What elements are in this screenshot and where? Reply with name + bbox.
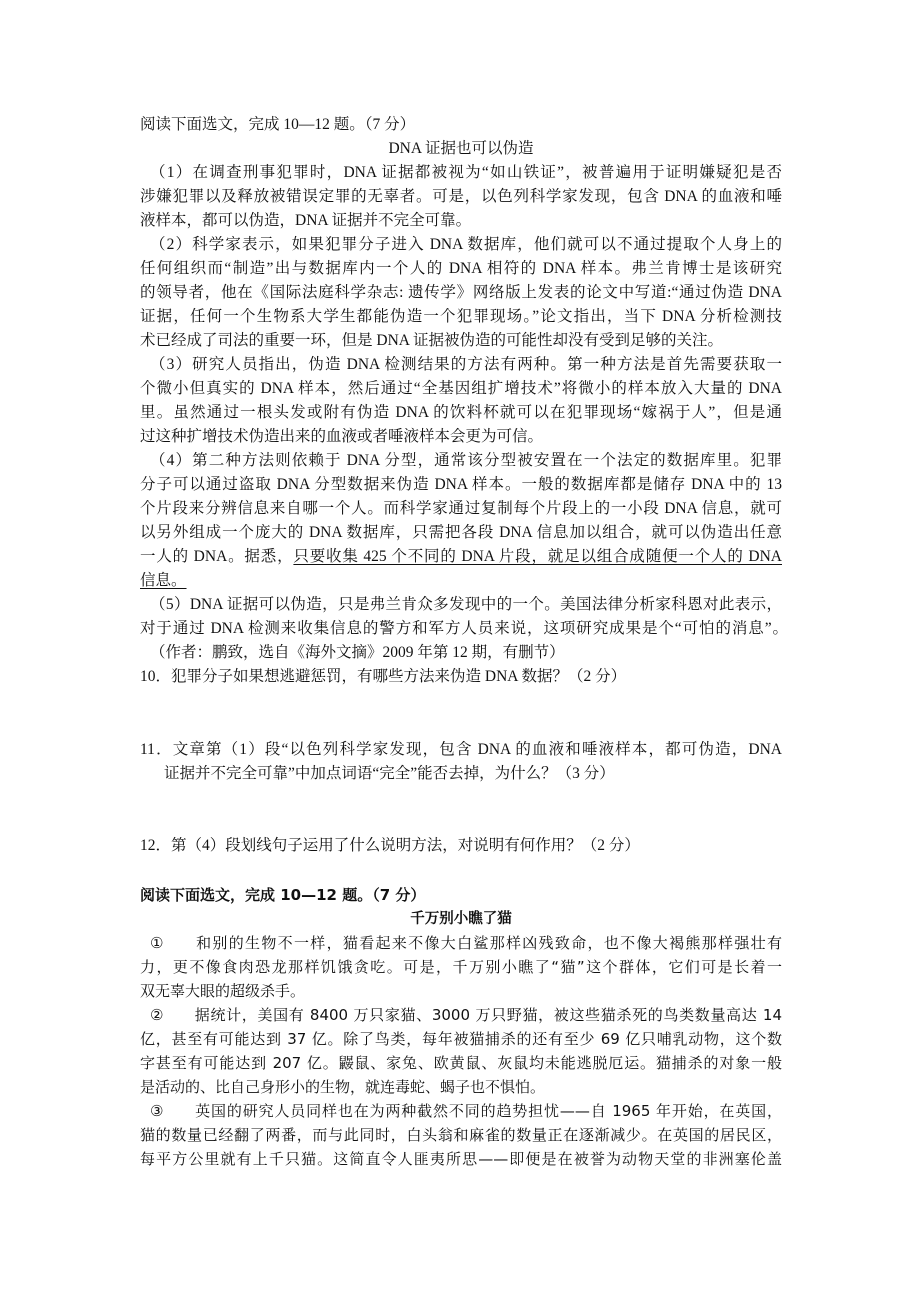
p2-para3-first-line: 英国的研究人员同样也在为两种截然不同的趋势担忧——自 1965 年开始，在英国， — [194, 1102, 782, 1120]
p1-para4-line2: 分子可以通过盗取 DNA 分型数据来伪造 DNA 样本。一般的数据库都是储存 D… — [140, 473, 782, 497]
p2-para2-line3: 字甚至有可能达到 207 亿。鼹鼠、家兔、欧黄鼠、灰鼠均未能逃脱厄运。猫捕杀的对… — [140, 1051, 782, 1075]
p2-para2-line4: 是活动的、比自己身形小的生物，就连毒蛇、蝎子也不惧怕。 — [140, 1075, 782, 1099]
passage1-title: DNA 证据也可以伪造 — [140, 137, 782, 161]
p2-para1-first-line: 和别的生物不一样，猫看起来不像大白鲨那样凶残致命，也不像大褐熊那样强壮有 — [195, 934, 782, 952]
p1-para1-line3: 液样本，都可以伪造，DNA 证据并不完全可靠。 — [140, 209, 782, 233]
passage2-title: 千万别小瞧了猫 — [140, 907, 782, 931]
question-10-text: 犯罪分子如果想逃避惩罚，有哪些方法来伪造 DNA 数据？（2 分） — [171, 668, 626, 685]
document-page: 阅读下面选文，完成 10—12 题。（7 分） DNA 证据也可以伪造 （1）在… — [0, 0, 920, 1302]
paragraph-marker-3: ③ — [150, 1102, 164, 1120]
p1-para4-line3: 个片段来分辨信息来自哪一个人。而科学家通过复制每个片段上的一小段 DNA 信息，… — [140, 497, 782, 521]
p1-para5-line2: 对于通过 DNA 检测来收集信息的警方和军方人员来说，这项研究成果是个“可怕的消… — [140, 617, 788, 641]
p1-para2-line3: 的领导者，他在《国际法庭科学杂志: 遗传学》网络版上发表的论文中写道:“通过伪造… — [140, 281, 782, 305]
p2-para3-line3: 每平方公里就有上千只猫。这简直令人匪夷所思——即便是在被誉为动物天堂的非洲塞伦盖 — [140, 1147, 782, 1171]
p1-para2-line2: 任何组织而“制造”出与数据库内一个人的 DNA 相符的 DNA 样本。弗兰肯博士… — [140, 257, 782, 281]
p2-para3-line2: 猫的数量已经翻了两番，而与此同时，白头翁和麻雀的数量正在逐渐减少。在英国的居民区… — [140, 1123, 782, 1147]
p2-para3-line1: ③英国的研究人员同样也在为两种截然不同的趋势担忧——自 1965 年开始，在英国… — [150, 1099, 782, 1123]
passage2-instruction: 阅读下面选文，完成 10—12 题。（7 分） — [140, 883, 782, 907]
p1-para2-line5: 术已经成了司法的重要一环，但是 DNA 证据被伪造的可能性却没有受到足够的关注。 — [140, 329, 782, 353]
question-10: 10．犯罪分子如果想逃避惩罚，有哪些方法来伪造 DNA 数据？（2 分） — [140, 665, 782, 689]
question-11-text-line1: 文章第（1）段“以色列科学家发现，包含 DNA 的血液和唾液样本，都可伪造，DN… — [173, 741, 782, 758]
p1-para4-line5: 一人的 DNA。据悉，只要收集 425 个不同的 DNA 片段，就足以组合成随便… — [140, 545, 782, 569]
p2-para1-line1: ①和别的生物不一样，猫看起来不像大白鲨那样凶残致命，也不像大褐熊那样强壮有 — [150, 931, 782, 955]
question-10-number: 10． — [140, 668, 171, 685]
p1-para4-line1: （4）第二种方法则依赖于 DNA 分型，通常该分型被安置在一个法定的数据库里。犯… — [150, 449, 782, 473]
p1-para2-line4: 证据，任何一个生物系大学生都能伪造一个犯罪现场。”论文指出，当下 DNA 分析检… — [140, 305, 782, 329]
p1-para4-line6: 信息。 — [140, 569, 782, 593]
underlined-sentence-part1: 只要收集 425 个不同的 DNA 片段，就足以组合成随便一个人的 DNA — [293, 548, 782, 565]
p2-para1-line2: 力，更不像食肉恐龙那样饥饿贪吃。可是，千万别小瞧了“猫”这个群体，它们可是长着一 — [140, 955, 782, 979]
paragraph-marker-2: ② — [150, 1006, 164, 1024]
p1-para3-line2: 个微小但真实的 DNA 样本，然后通过“全基因组扩增技术”将微小的样本放入大量的… — [140, 377, 782, 401]
p1-para3-line4: 过这种扩增技术伪造出来的血液或者唾液样本会更为可信。 — [140, 425, 782, 449]
p1-para5-line1: （5）DNA 证据可以伪造，只是弗兰肯众多发现中的一个。美国法律分析家科恩对此表… — [150, 593, 782, 617]
question-11-line2: 证据并不完全可靠”中加点词语“完全”能否去掉，为什么？（3 分） — [164, 762, 782, 786]
p2-para2-line1: ②据统计，美国有 8400 万只家猫、3000 万只野猫，被这些猫杀死的鸟类数量… — [150, 1003, 782, 1027]
p1-para4-line4: 以另外组成一个庞大的 DNA 数据库，只需把各段 DNA 信息加以组合，就可以伪… — [140, 521, 782, 545]
p1-para4-line5-prefix: 一人的 DNA。据悉， — [140, 548, 293, 565]
p1-para2-line1: （2）科学家表示，如果犯罪分子进入 DNA 数据库，他们就可以不通过提取个人身上… — [150, 233, 782, 257]
question-12-number: 12． — [140, 837, 171, 854]
p1-para1-line2: 涉嫌犯罪以及释放被错误定罪的无辜者。可是，以色列科学家发现，包含 DNA 的血液… — [140, 185, 782, 209]
paragraph-marker-1: ① — [150, 934, 165, 952]
passage1-source: （作者：鹏致，选自《海外文摘》2009 年第 12 期，有删节） — [150, 641, 792, 665]
p1-para1-line1: （1）在调查刑事犯罪时，DNA 证据都被视为“如山铁证”，被普遍用于证明嫌疑犯是… — [150, 161, 782, 185]
underlined-sentence-part2: 信息。 — [140, 572, 187, 589]
question-11-number: 11． — [140, 741, 173, 758]
p1-para3-line3: 里。虽然通过一根头发或附有伪造 DNA 的饮料杯就可以在犯罪现场“嫁祸于人”，但… — [140, 401, 782, 425]
p2-para2-first-line: 据统计，美国有 8400 万只家猫、3000 万只野猫，被这些猫杀死的鸟类数量高… — [194, 1006, 782, 1024]
p2-para1-line3: 双无辜大眼的超级杀手。 — [140, 979, 782, 1003]
p2-para2-line2: 亿，甚至有可能达到 37 亿。除了鸟类，每年被猫捕杀的还有至少 69 亿只哺乳动… — [140, 1027, 782, 1051]
question-11-line1: 11．文章第（1）段“以色列科学家发现，包含 DNA 的血液和唾液样本，都可伪造… — [140, 738, 782, 762]
p1-para3-line1: （3）研究人员指出，伪造 DNA 检测结果的方法有两种。第一种方法是首先需要获取… — [150, 353, 782, 377]
question-12: 12．第（4）段划线句子运用了什么说明方法，对说明有何作用？（2 分） — [140, 834, 782, 858]
question-12-text: 第（4）段划线句子运用了什么说明方法，对说明有何作用？（2 分） — [171, 837, 640, 854]
passage1-instruction: 阅读下面选文，完成 10—12 题。（7 分） — [140, 113, 782, 137]
